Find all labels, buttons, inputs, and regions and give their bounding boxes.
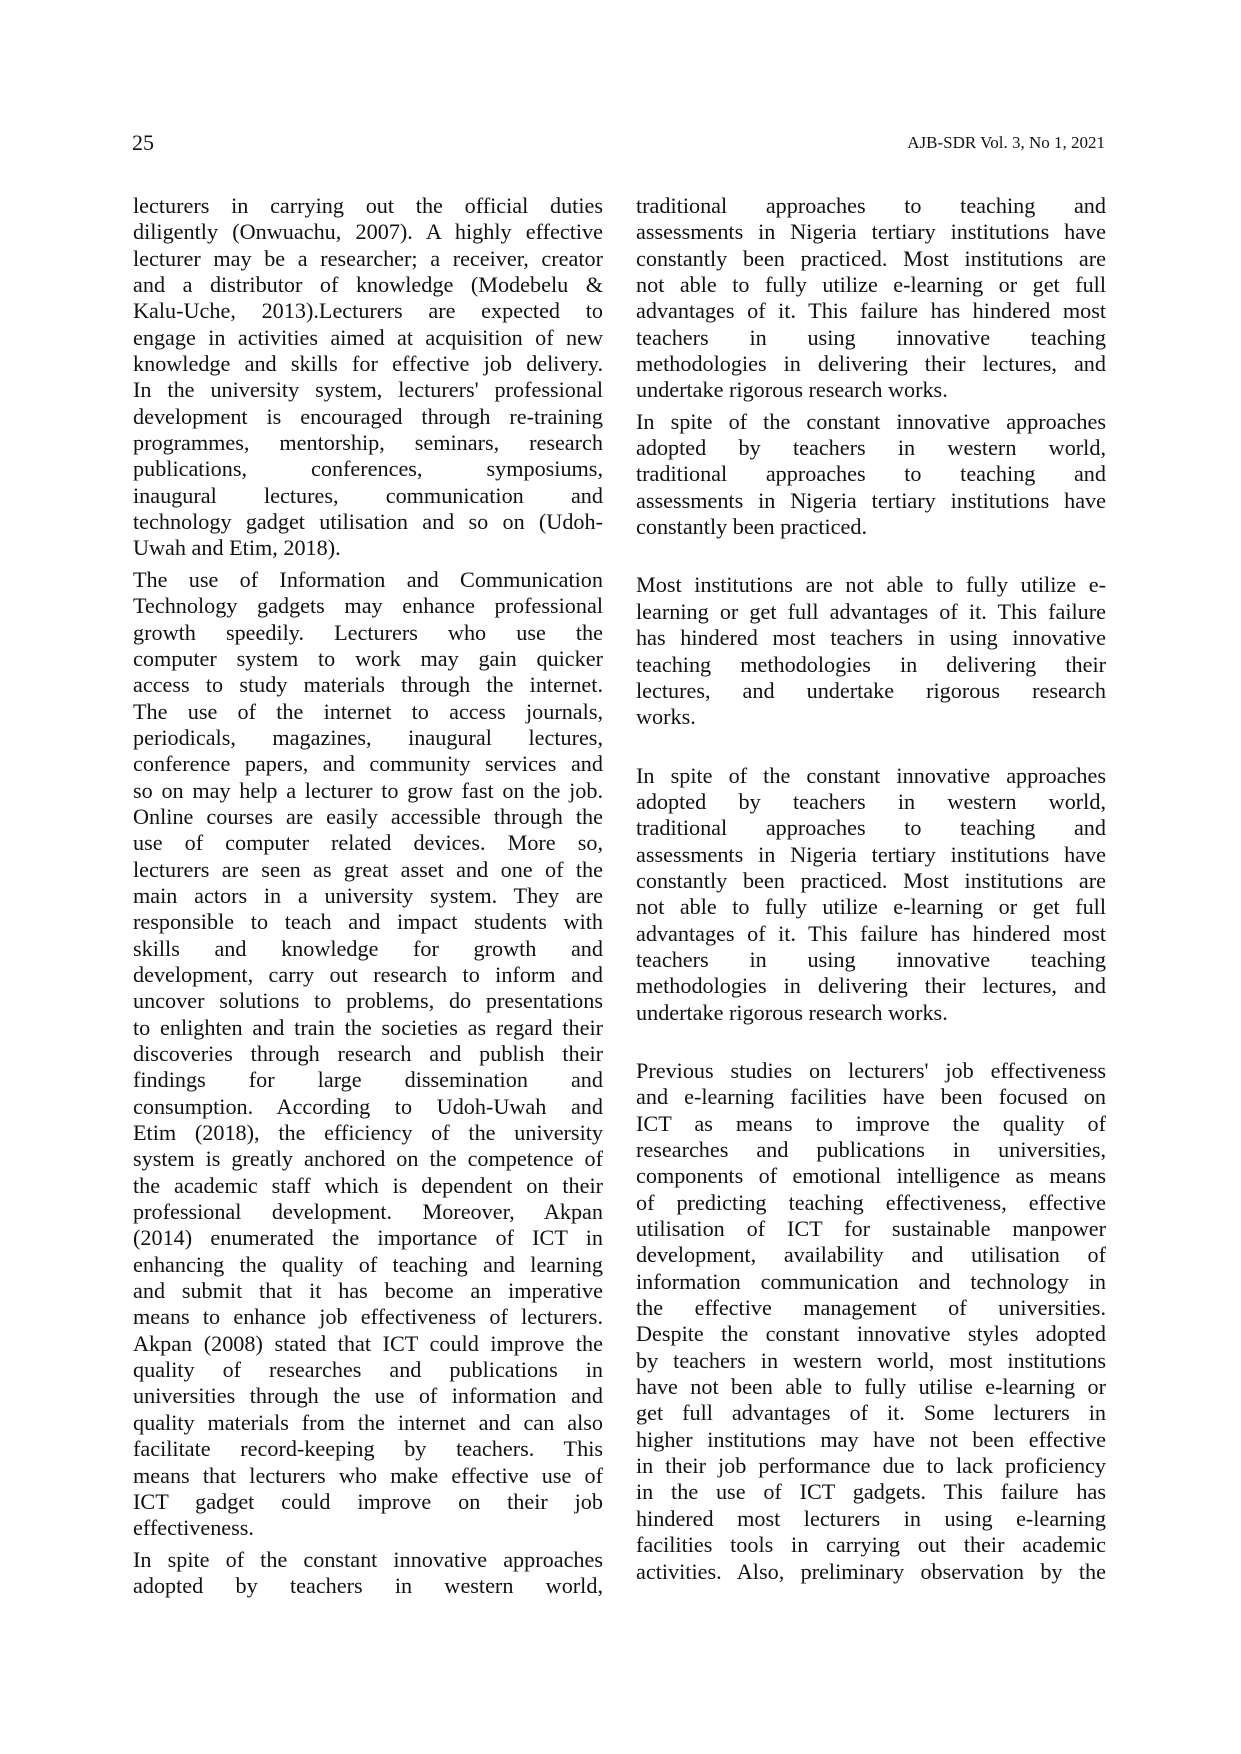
text-line: inaugural lectures, communication and — [133, 483, 603, 509]
paragraph-in-spite: In spite of the constant innovative appr… — [133, 1547, 603, 1600]
text-line: Technology gadgets may enhance professio… — [133, 593, 603, 619]
text-line: works. — [636, 704, 1106, 730]
text-line: skills and knowledge for growth and — [133, 936, 603, 962]
text-line: components of emotional intelligence as … — [636, 1163, 1106, 1189]
text-line: means to enhance job effectiveness of le… — [133, 1304, 603, 1330]
text-line: technology gadget utilisation and so on … — [133, 509, 603, 535]
text-line: discoveries through research and publish… — [133, 1041, 603, 1067]
text-line: ICT as means to improve the quality of — [636, 1111, 1106, 1137]
text-line: universities through the use of informat… — [133, 1383, 603, 1409]
text-line: publications, conferences, symposiums, — [133, 456, 603, 482]
text-line: traditional approaches to teaching and — [636, 461, 1106, 487]
text-line: learning or get full advantages of it. T… — [636, 599, 1106, 625]
text-line: have not been able to fully utilise e-le… — [636, 1374, 1106, 1400]
text-line: growth speedily. Lecturers who use the — [133, 620, 603, 646]
text-line: findings for large dissemination and — [133, 1067, 603, 1093]
text-line: In spite of the constant innovative appr… — [636, 763, 1106, 789]
text-line: and a distributor of knowledge (Modebelu… — [133, 272, 603, 298]
text-line: development is encouraged through re-tra… — [133, 404, 603, 430]
text-line: teaching methodologies in delivering the… — [636, 652, 1106, 678]
text-line: Akpan (2008) stated that ICT could impro… — [133, 1331, 603, 1357]
text-line: in their job performance due to lack pro… — [636, 1453, 1106, 1479]
text-line: Uwah and Etim, 2018). — [133, 535, 603, 561]
text-line: so on may help a lecturer to grow fast o… — [133, 778, 603, 804]
text-line: effectiveness. — [133, 1515, 603, 1541]
text-line: of predicting teaching effectiveness, ef… — [636, 1190, 1106, 1216]
text-line: conference papers, and community service… — [133, 751, 603, 777]
text-line: information communication and technology… — [636, 1269, 1106, 1295]
left-column: lecturers in carrying out the official d… — [133, 193, 603, 1599]
text-line: system is greatly anchored on the compet… — [133, 1146, 603, 1172]
text-line: The use of the internet to access journa… — [133, 699, 603, 725]
paragraph-ict-use: The use of Information and Communication… — [133, 567, 603, 1542]
text-line: facilities tools in carrying out their a… — [636, 1532, 1106, 1558]
text-line: main actors in a university system. They… — [133, 883, 603, 909]
text-line: In spite of the constant innovative appr… — [636, 409, 1106, 435]
text-line: researches and publications in universit… — [636, 1137, 1106, 1163]
text-line: responsible to teach and impact students… — [133, 909, 603, 935]
text-line: methodologies in delivering their lectur… — [636, 351, 1106, 377]
text-line: quality materials from the internet and … — [133, 1410, 603, 1436]
text-line: hindered most lecturers in using e-learn… — [636, 1506, 1106, 1532]
text-line: assessments in Nigeria tertiary institut… — [636, 488, 1106, 514]
text-line: quality of researches and publications i… — [133, 1357, 603, 1383]
text-line: facilitate record-keeping by teachers. T… — [133, 1436, 603, 1462]
text-line: adopted by teachers in western world, — [133, 1573, 603, 1599]
text-line: Kalu-Uche, 2013).Lecturers are expected … — [133, 298, 603, 324]
text-line: In the university system, lecturers' pro… — [133, 377, 603, 403]
text-line: development, availability and utilisatio… — [636, 1242, 1106, 1268]
text-line: higher institutions may have not been ef… — [636, 1427, 1106, 1453]
text-line: diligently (Onwuachu, 2007). A highly ef… — [133, 219, 603, 245]
text-line: the academic staff which is dependent on… — [133, 1173, 603, 1199]
text-line: advantages of it. This failure has hinde… — [636, 298, 1106, 324]
right-column: traditional approaches to teaching and a… — [636, 193, 1106, 1585]
paragraph-professional-development: lecturers in carrying out the official d… — [133, 193, 603, 562]
text-line: has hindered most teachers in using inno… — [636, 625, 1106, 651]
text-line: ICT gadget could improve on their job — [133, 1489, 603, 1515]
text-line: activities. Also, preliminary observatio… — [636, 1559, 1106, 1585]
text-line: the effective management of universities… — [636, 1295, 1106, 1321]
text-line: (2014) enumerated the importance of ICT … — [133, 1225, 603, 1251]
text-line: lecturer may be a researcher; a receiver… — [133, 246, 603, 272]
text-line: knowledge and skills for effective job d… — [133, 351, 603, 377]
text-line: in the use of ICT gadgets. This failure … — [636, 1479, 1106, 1505]
text-line: undertake rigorous research works. — [636, 1000, 1106, 1026]
text-line: by teachers in western world, most insti… — [636, 1348, 1106, 1374]
paragraph-previous-studies: Previous studies on lecturers' job effec… — [636, 1058, 1106, 1585]
text-line: programmes, mentorship, seminars, resear… — [133, 430, 603, 456]
text-line: development, carry out research to infor… — [133, 962, 603, 988]
text-line: Previous studies on lecturers' job effec… — [636, 1058, 1106, 1084]
text-line: access to study materials through the in… — [133, 672, 603, 698]
text-line: not able to fully utilize e-learning or … — [636, 894, 1106, 920]
text-line: lecturers are seen as great asset and on… — [133, 857, 603, 883]
text-line: utilisation of ICT for sustainable manpo… — [636, 1216, 1106, 1242]
text-line: advantages of it. This failure has hinde… — [636, 921, 1106, 947]
text-line: undertake rigorous research works. — [636, 377, 1106, 403]
text-line: methodologies in delivering their lectur… — [636, 973, 1106, 999]
paragraph-in-spite-3: In spite of the constant innovative appr… — [636, 763, 1106, 1026]
text-line: assessments in Nigeria tertiary institut… — [636, 842, 1106, 868]
text-line: get full advantages of it. Some lecturer… — [636, 1400, 1106, 1426]
text-line: constantly been practiced. — [636, 514, 1106, 540]
text-line: traditional approaches to teaching and — [636, 815, 1106, 841]
text-line: not able to fully utilize e-learning or … — [636, 272, 1106, 298]
text-line: consumption. According to Udoh-Uwah and — [133, 1094, 603, 1120]
text-line: traditional approaches to teaching and — [636, 193, 1106, 219]
text-line: Etim (2018), the efficiency of the unive… — [133, 1120, 603, 1146]
text-line: means that lecturers who make effective … — [133, 1463, 603, 1489]
text-line: professional development. Moreover, Akpa… — [133, 1199, 603, 1225]
text-line: Online courses are easily accessible thr… — [133, 804, 603, 830]
text-line: adopted by teachers in western world, — [636, 435, 1106, 461]
text-line: In spite of the constant innovative appr… — [133, 1547, 603, 1573]
text-line: lecturers in carrying out the official d… — [133, 193, 603, 219]
text-line: assessments in Nigeria tertiary institut… — [636, 219, 1106, 245]
text-line: Despite the constant innovative styles a… — [636, 1321, 1106, 1347]
text-line: engage in activities aimed at acquisitio… — [133, 325, 603, 351]
text-line: The use of Information and Communication — [133, 567, 603, 593]
text-line: to enlighten and train the societies as … — [133, 1015, 603, 1041]
text-line: teachers in using innovative teaching — [636, 325, 1106, 351]
text-line: enhancing the quality of teaching and le… — [133, 1252, 603, 1278]
paragraph-in-spite-2: In spite of the constant innovative appr… — [636, 409, 1106, 541]
text-line: lectures, and undertake rigorous researc… — [636, 678, 1106, 704]
text-line: computer system to work may gain quicker — [133, 646, 603, 672]
text-line: constantly been practiced. Most institut… — [636, 868, 1106, 894]
paragraph-most-institutions: Most institutions are not able to fully … — [636, 572, 1106, 730]
text-line: and e-learning facilities have been focu… — [636, 1084, 1106, 1110]
text-line: teachers in using innovative teaching — [636, 947, 1106, 973]
text-line: and submit that it has become an imperat… — [133, 1278, 603, 1304]
running-header: 25 AJB-SDR Vol. 3, No 1, 2021 — [132, 128, 1105, 158]
text-line: periodicals, magazines, inaugural lectur… — [133, 725, 603, 751]
journal-citation: AJB-SDR Vol. 3, No 1, 2021 — [907, 128, 1105, 158]
page-number: 25 — [132, 128, 154, 158]
text-line: constantly been practiced. Most institut… — [636, 246, 1106, 272]
text-line: use of computer related devices. More so… — [133, 830, 603, 856]
text-line: adopted by teachers in western world, — [636, 789, 1106, 815]
text-line: uncover solutions to problems, do presen… — [133, 988, 603, 1014]
paragraph-traditional-approaches: traditional approaches to teaching and a… — [636, 193, 1106, 404]
text-line: Most institutions are not able to fully … — [636, 572, 1106, 598]
